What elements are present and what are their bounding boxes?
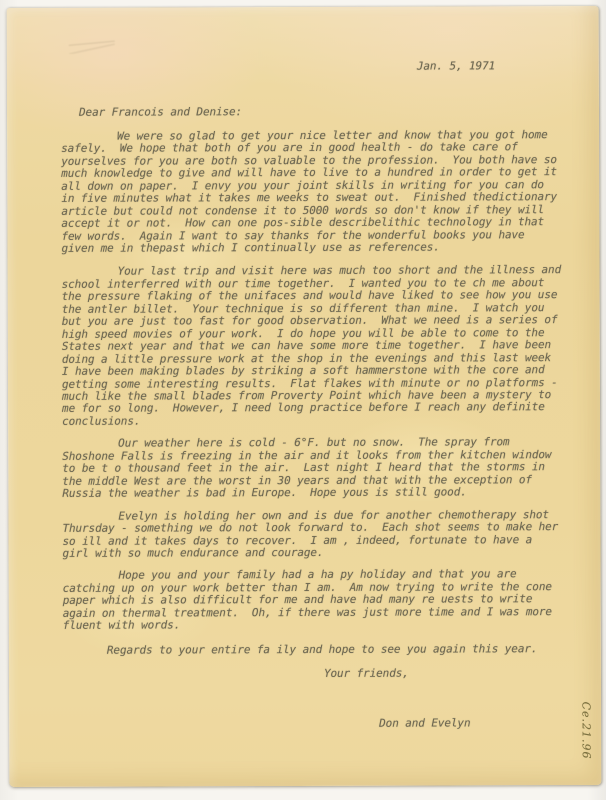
letter-date: Jan. 5, 1971	[417, 60, 561, 73]
pencil-smudge	[69, 34, 115, 54]
letter-paragraph: Evelyn is holding her own and is due for…	[62, 509, 562, 561]
letter-signature: Don and Evelyn	[379, 717, 563, 730]
letter-closing: Your friends,	[324, 667, 563, 680]
letter-paragraph: Our weather here is cold - 6°F. but no s…	[62, 436, 562, 500]
letter-paper: Jan. 5, 1971 Dear Francois and Denise: W…	[7, 6, 602, 787]
archive-number: Ce.21.96	[580, 702, 593, 760]
letter-salutation: Dear Francois and Denise:	[79, 106, 561, 120]
letter-paragraph: Regards to your entire fa ily and hope t…	[63, 643, 563, 657]
letter-paragraph: We were so glad to get your nice letter …	[61, 129, 561, 255]
letter-paragraph: Your last trip and visit here was much t…	[62, 265, 563, 429]
letter-paragraph: Hope you and your family had a ha py hol…	[63, 569, 563, 633]
letter-content: Jan. 5, 1971 Dear Francois and Denise: W…	[61, 56, 563, 731]
